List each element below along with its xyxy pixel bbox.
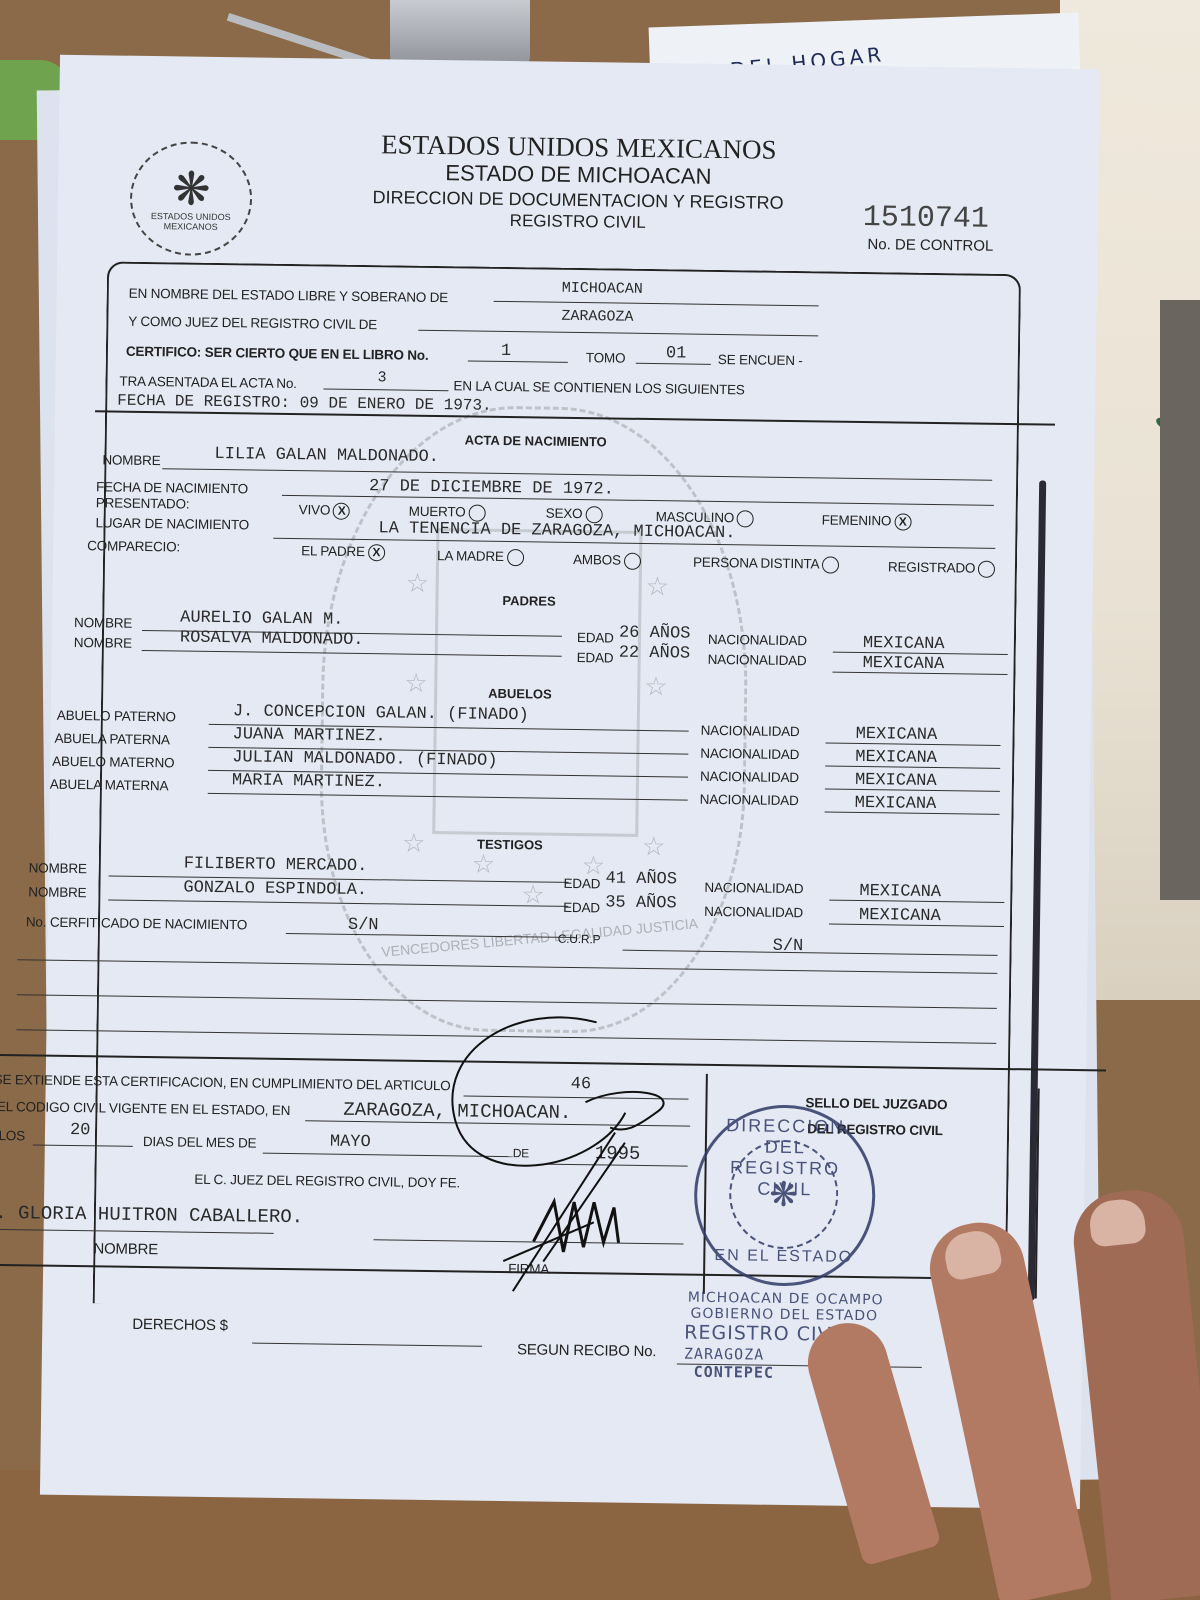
section-testigos-title: TESTIGOS (477, 837, 543, 853)
control-number: 1510741 (863, 201, 989, 237)
padres-edad-value: 22 AÑOS (619, 644, 691, 664)
articulo-value: 46 (571, 1075, 592, 1094)
femenino-radio[interactable]: X (894, 513, 911, 530)
padres-row-name: ROSALVA MALDONADO. (180, 628, 364, 650)
abuelos-nacionalidad-value: MEXICANA (856, 725, 938, 745)
sexo-label: SEXO (546, 506, 583, 522)
nombre-label: NOMBRE (102, 452, 160, 468)
acta-number-value: 3 (377, 369, 386, 386)
abuelos-row-label: ABUELO PATERNO (57, 708, 176, 725)
option-femenino[interactable]: FEMENINOX (821, 512, 911, 530)
padres-edad-label: EDAD (577, 630, 614, 646)
juez-name: C. GLORIA HUITRON CABALLERO. (0, 1202, 303, 1228)
fecha-nacimiento-label: FECHA DE NACIMIENTO (96, 479, 248, 496)
tomo-value: 01 (666, 344, 687, 363)
testigos-row-name: GONZALO ESPINDOLA. (183, 879, 367, 901)
background-fabric (1160, 300, 1200, 900)
madre-radio[interactable] (507, 549, 524, 566)
abuelos-row-name: JUANA MARTINEZ. (232, 725, 385, 746)
nombre-caption: NOMBRE (93, 1240, 158, 1258)
padres-nacionalidad-label: NACIONALIDAD (708, 652, 807, 668)
padres-edad-label: EDAD (577, 650, 614, 666)
abuelos-row-name: JULIAN MALDONADO. (FINADO) (232, 748, 497, 771)
dia-line (33, 1144, 133, 1146)
presentado-label: PRESENTADO: (96, 495, 190, 511)
registrado-radio[interactable] (978, 561, 995, 578)
muerto-radio[interactable] (468, 504, 485, 521)
lugar-label: LUGAR DE NACIMIENTO (95, 515, 249, 532)
mes-label: DIAS DEL MES DE (143, 1134, 257, 1151)
abuelos-nacionalidad-value: MEXICANA (855, 794, 937, 814)
mes-value: MAYO (330, 1133, 371, 1153)
fecha-nacimiento-value: 27 DE DICIEMBRE DE 1972. (369, 477, 614, 499)
option-ambos[interactable]: AMBOS (573, 552, 641, 570)
control-number-label: No. DE CONTROL (867, 236, 993, 255)
abuelos-nacionalidad-label: NACIONALIDAD (700, 792, 799, 808)
registrado-label: REGISTRADO (888, 559, 975, 575)
abuelos-row-label: ABUELA MATERNA (50, 777, 169, 794)
section-abuelos-title: ABUELOS (488, 686, 552, 702)
comparecio-label: COMPARECIO: (87, 538, 180, 554)
abuelos-nacionalidad-value: MEXICANA (855, 748, 937, 768)
curp-label: C.U.R.P (558, 932, 601, 947)
juez-value: ZARAGOZA (561, 308, 633, 326)
fingernail (1088, 1197, 1147, 1248)
padres-row-label: NOMBRE (74, 635, 132, 651)
registrant-name: LILIA GALAN MALDONADO. (214, 445, 439, 467)
section-acta-title: ACTA DE NACIMIENTO (465, 432, 607, 449)
testigos-row-name: FILIBERTO MERCADO. (184, 855, 368, 877)
testigos-edad-label: EDAD (563, 876, 600, 892)
testigos-edad-value: 35 AÑOS (605, 893, 677, 913)
persona-distinta-label: PERSONA DISTINTA (693, 555, 820, 572)
libro-value: 1 (501, 342, 511, 361)
masculino-radio[interactable] (737, 510, 754, 527)
stamp2-line4: ZARAGOZA (684, 1345, 764, 1364)
testigos-row-label: NOMBRE (29, 860, 87, 876)
holding-hand (960, 1190, 1200, 1600)
registry-seal-stamp: DIRECCION DEL REGISTRO CIVIL ❋ EN EL EST… (693, 1104, 877, 1288)
sexo-radio (585, 506, 602, 523)
codigo-label: DEL CODIGO CIVIL VIGENTE EN EL ESTADO, E… (0, 1099, 290, 1118)
de-label: DE (513, 1146, 529, 1160)
abuelos-nacionalidad-label: NACIONALIDAD (701, 723, 800, 739)
stamp-bottom-text: EN EL ESTADO (706, 1247, 861, 1267)
testigos-row-label: NOMBRE (28, 884, 86, 900)
abuelos-nacionalidad-value: MEXICANA (855, 771, 937, 791)
option-persona-distinta[interactable]: PERSONA DISTINTA (693, 555, 840, 574)
curp-value: S/N (773, 937, 804, 956)
persona-distinta-radio[interactable] (822, 556, 839, 573)
abuelos-nacionalidad-label: NACIONALIDAD (700, 746, 799, 762)
option-vivo[interactable]: VIVOX (299, 502, 351, 520)
testigos-nacionalidad-value: MEXICANA (859, 882, 941, 902)
acta-number-label: TRA ASENTADA EL ACTA No. (119, 374, 296, 391)
testigos-edad-label: EDAD (563, 900, 600, 916)
padres-nacionalidad-label: NACIONALIDAD (708, 632, 807, 648)
certificado-value: S/N (348, 916, 379, 935)
padres-nacionalidad-value: MEXICANA (862, 654, 944, 674)
tomo-label: TOMO (586, 350, 626, 366)
section-padres-title: PADRES (502, 593, 555, 609)
padres-edad-value: 26 AÑOS (619, 624, 691, 644)
testigos-nacionalidad-label: NACIONALIDAD (704, 880, 803, 896)
vivo-radio[interactable]: X (333, 503, 350, 520)
finger (1069, 1185, 1200, 1600)
option-madre[interactable]: LA MADRE (437, 548, 524, 566)
anio-value: 1995 (595, 1142, 641, 1165)
testigos-edad-value: 41 AÑOS (605, 869, 677, 889)
option-padre[interactable]: EL PADREX (301, 543, 385, 561)
femenino-label: FEMENINO (822, 512, 892, 528)
option-registrado[interactable]: REGISTRADO (888, 559, 995, 577)
recibo-label: SEGUN RECIBO No. (517, 1341, 657, 1360)
abuelos-row-label: ABUELA PATERNA (54, 731, 169, 748)
padre-label: EL PADRE (301, 543, 365, 559)
dia-value: 20 (70, 1121, 91, 1140)
footer-lugar-value: ZARAGOZA, MICHOACAN. (343, 1099, 571, 1124)
firma-caption: FIRMA (508, 1261, 549, 1277)
estado-value: MICHOACAN (562, 280, 643, 298)
encuen-label: SE ENCUEN - (718, 352, 803, 368)
vivo-label: VIVO (299, 502, 331, 517)
testigos-nacionalidad-value: MEXICANA (859, 906, 941, 926)
padres-row-label: NOMBRE (74, 615, 132, 631)
stamp-eagle-icon: ❋ (728, 1139, 839, 1250)
alos-label: A LOS (0, 1128, 25, 1144)
padre-radio[interactable]: X (368, 544, 385, 561)
ambos-radio[interactable] (624, 553, 641, 570)
padres-nacionalidad-value: MEXICANA (863, 634, 945, 654)
certificado-label: No. CERFITICADO DE NACIMIENTO (26, 914, 247, 932)
fingernail (941, 1227, 1004, 1282)
ambos-label: AMBOS (573, 552, 621, 568)
abuelos-nacionalidad-label: NACIONALIDAD (700, 769, 799, 785)
derechos-label: DERECHOS $ (132, 1316, 228, 1334)
testigos-nacionalidad-label: NACIONALIDAD (704, 904, 803, 920)
sello-caption-1: SELLO DEL JUZGADO (805, 1095, 947, 1112)
derechos-line (252, 1343, 482, 1347)
muerto-label: MUERTO (409, 504, 466, 520)
madre-label: LA MADRE (437, 548, 504, 564)
padres-row-name: AURELIO GALAN M. (180, 608, 343, 629)
abuelos-row-label: ABUELO MATERNO (52, 754, 174, 771)
stamp2-line5: CONTEPEC (694, 1363, 774, 1382)
abuelos-row-name: MARIA MARTINEZ. (232, 771, 385, 792)
